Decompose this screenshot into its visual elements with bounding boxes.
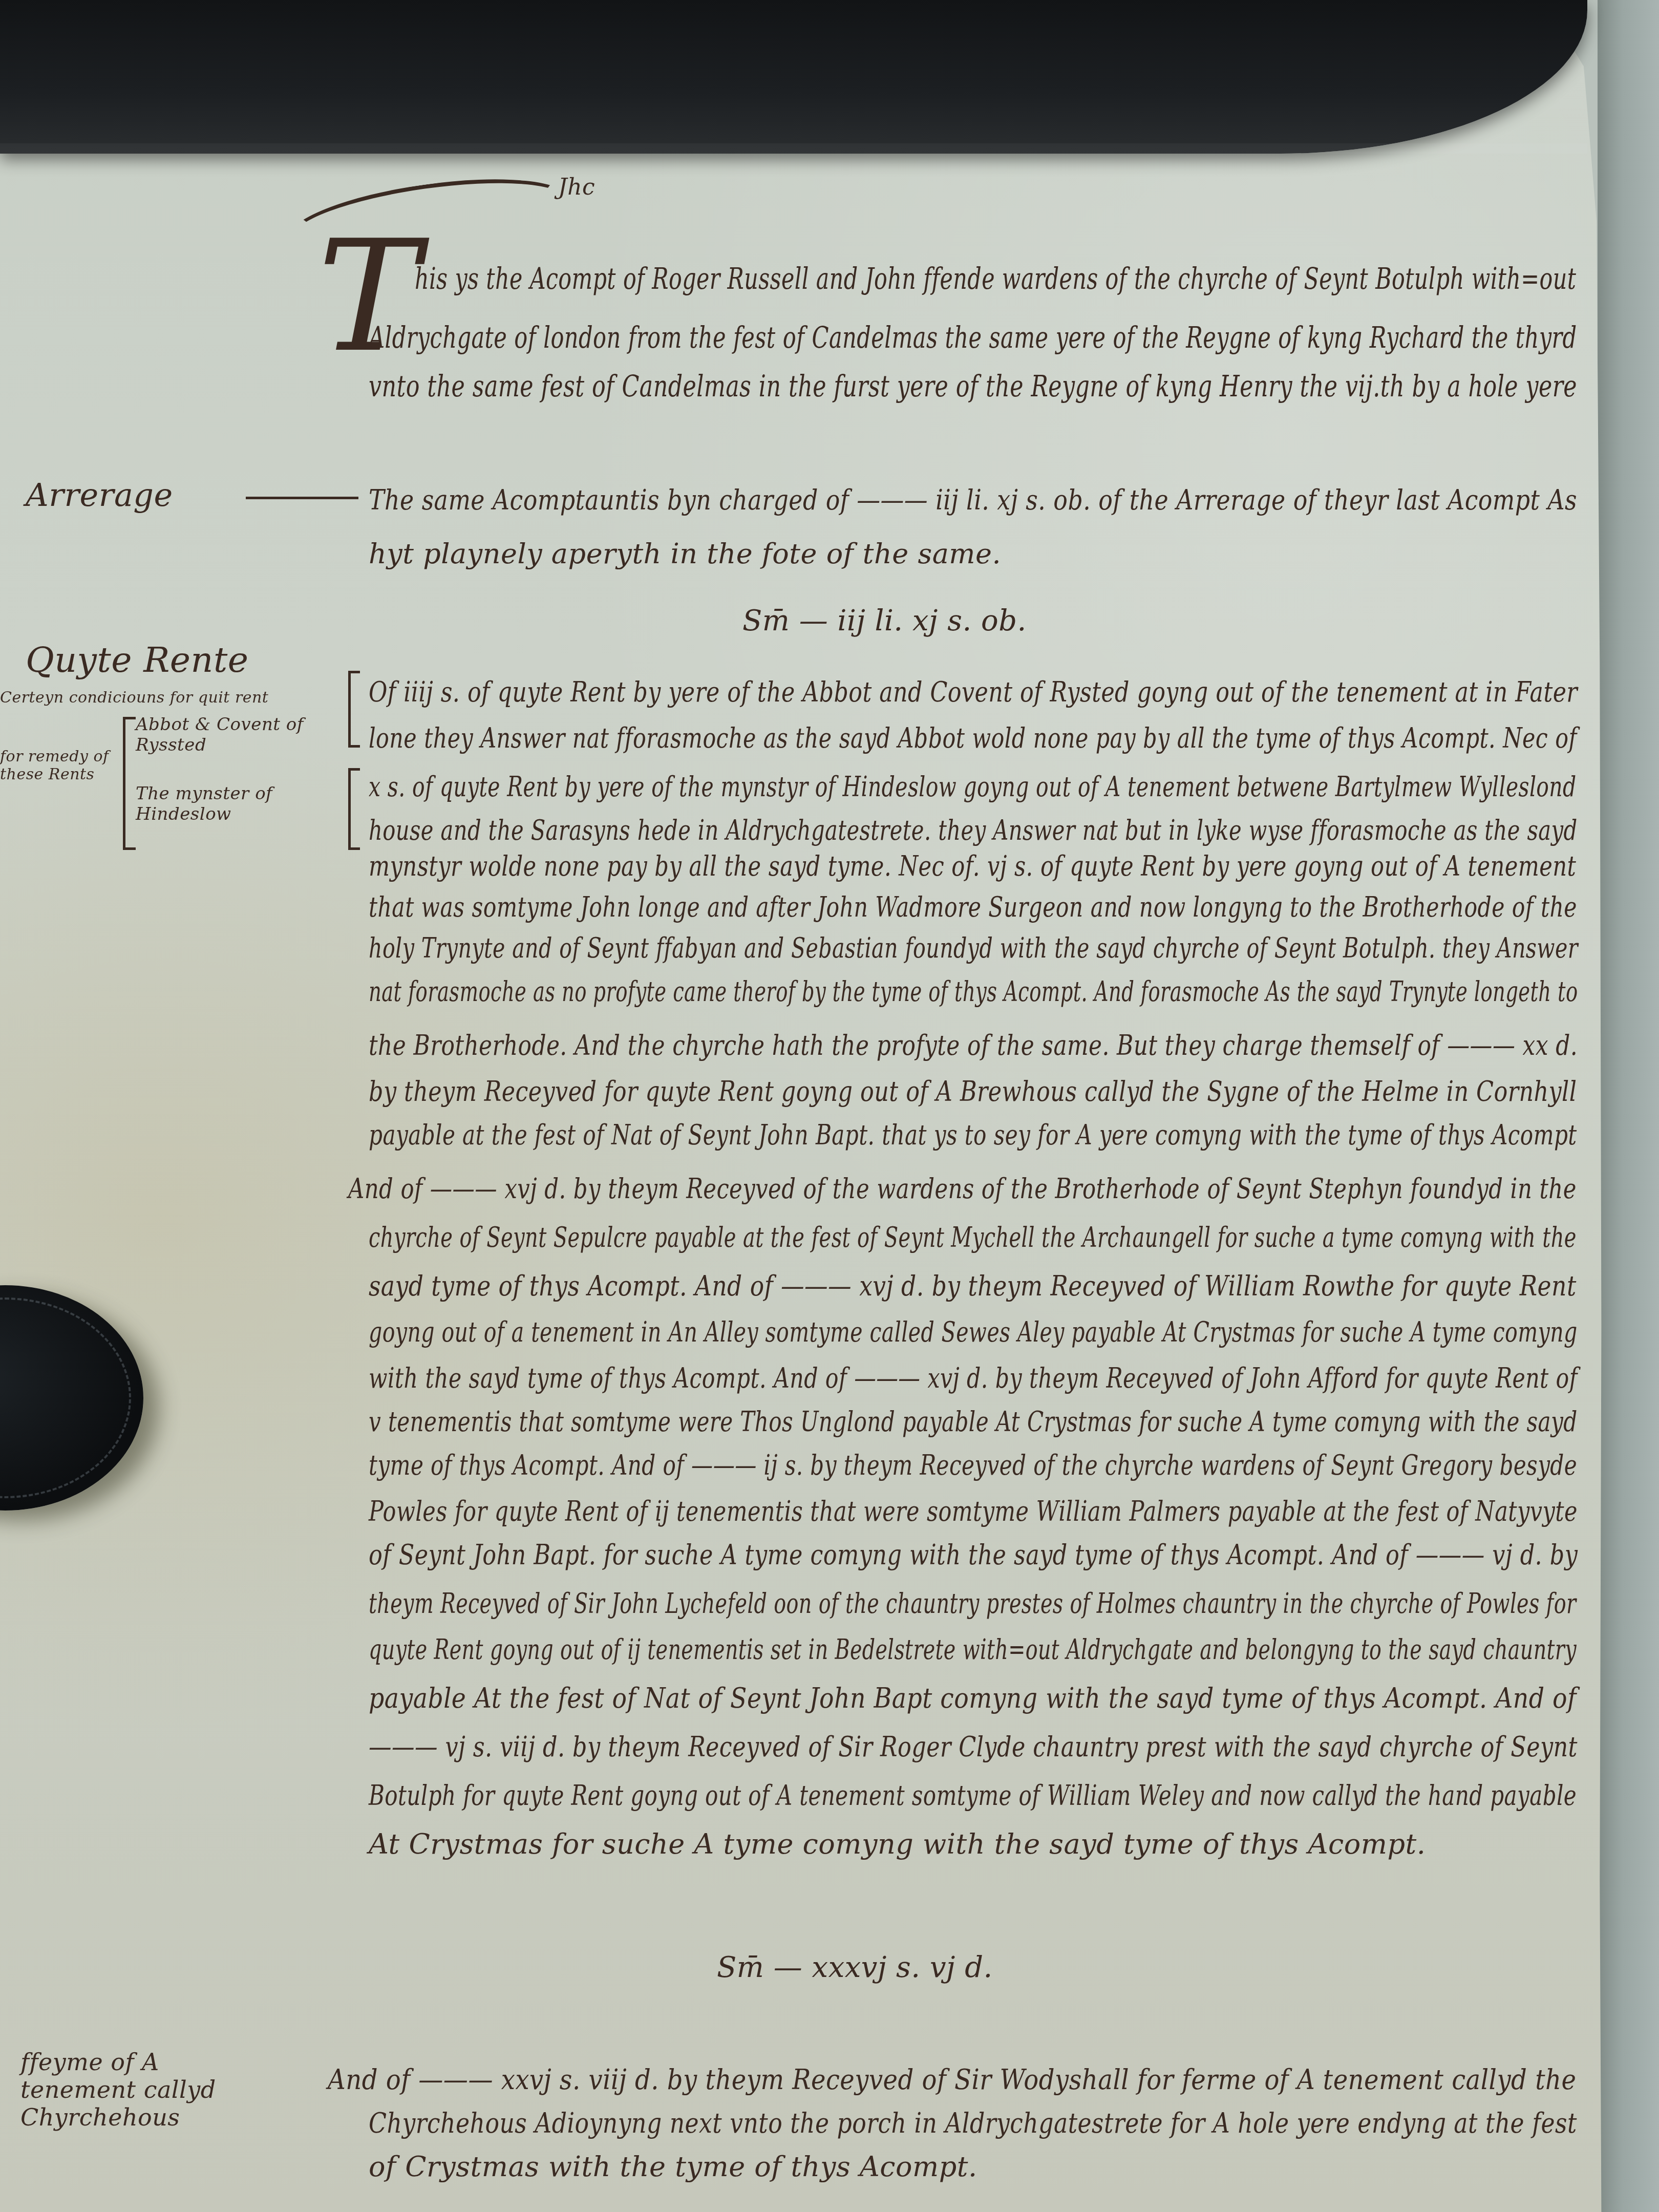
heading-line-3: vnto the same fest of Candelmas in the f… <box>369 369 1577 403</box>
heading-line-1: his ys the Acompt of Roger Russell and J… <box>415 261 1576 296</box>
margin-label-quyte-rente: Quyte Rente <box>26 640 248 680</box>
margin-note-remedy: for remedy of these Rents <box>0 748 118 783</box>
text-bracket <box>348 768 360 850</box>
text-line: And of ——— xxvj s. viij d. by theym Rece… <box>328 2064 1576 2096</box>
text-line: Botulph for quyte Rent goyng out of A te… <box>369 1779 1577 1812</box>
margin-sublabel: Certeyn condiciouns for quit rent <box>0 689 268 707</box>
text-line: x s. of quyte Rent by yere of the mynsty… <box>369 771 1577 803</box>
text-line: the Brotherhode. And the chyrche hath th… <box>369 1029 1578 1061</box>
section-total: Sm̄ — xxxvj s. vj d. <box>717 1951 993 1984</box>
margin-note-abbot: Abbot & Covent of Ryssted <box>136 714 320 755</box>
heading-line-2: Aldrychgate of london from the fest of C… <box>369 320 1577 355</box>
leather-binding <box>0 0 1587 154</box>
text-line: that was somtyme John longe and after Jo… <box>369 891 1577 923</box>
text-line: Of iiij s. of quyte Rent by yere of the … <box>369 676 1578 708</box>
paragraph-mark <box>246 497 358 499</box>
text-line: house and the Sarasyns hede in Aldrychga… <box>369 814 1577 846</box>
text-line: by theym Receyved for quyte Rent goyng o… <box>369 1075 1577 1108</box>
text-line: Powles for quyte Rent of ij tenementis t… <box>369 1495 1578 1527</box>
text-line: with the sayd tyme of thys Acompt. And o… <box>369 1362 1578 1394</box>
text-line: sayd tyme of thys Acompt. And of ——— xvj… <box>369 1270 1577 1302</box>
text-line: chyrche of Seynt Sepulcre payable at the… <box>369 1221 1577 1253</box>
text-line: of Seynt John Bapt. for suche A tyme com… <box>369 1539 1578 1571</box>
text-line: payable at the fest of Nat of Seynt John… <box>369 1119 1577 1151</box>
text-line: hyt playnely aperyth in the fote of the … <box>369 538 1001 570</box>
text-line: holy Trynyte and of Seynt ffabyan and Se… <box>369 932 1578 964</box>
text-line: The same Acomptauntis byn charged of ———… <box>369 484 1577 516</box>
text-line: And of ——— xvj d. by theym Receyved of t… <box>348 1173 1577 1205</box>
photo-backdrop <box>1598 0 1659 2212</box>
text-line: goyng out of a tenement in An Alley somt… <box>369 1316 1578 1348</box>
text-line: nat forasmoche as no profyte came therof… <box>369 975 1578 1008</box>
text-line: of Crystmas with the tyme of thys Acompt… <box>369 2151 977 2183</box>
text-line: lone they Answer nat fforasmoche as the … <box>369 722 1577 754</box>
text-line: ——— vj s. viij d. by theym Receyved of S… <box>369 1731 1578 1763</box>
text-line: tyme of thys Acompt. And of ——— ij s. by… <box>369 1449 1577 1481</box>
text-line: Chyrchehous Adioynyng next vnto the porc… <box>369 2107 1577 2139</box>
text-line: v tenementis that somtyme were Thos Ungl… <box>369 1406 1578 1438</box>
margin-label-arrerage: Arrerage <box>26 476 173 514</box>
text-line: quyte Rent goyng out of ij tenementis se… <box>369 1633 1577 1666</box>
margin-bracket <box>123 717 136 850</box>
text-bracket <box>348 671 360 748</box>
section-total: Sm̄ — iij li. xj s. ob. <box>742 604 1027 637</box>
text-line: payable At the fest of Nat of Seynt John… <box>369 1682 1577 1714</box>
text-line: mynstyr wolde none pay by all the sayd t… <box>369 850 1576 882</box>
margin-label-ferme: ffeyme of A tenement callyd Chyrchehous <box>20 2048 276 2131</box>
text-line: At Crystmas for suche A tyme comyng with… <box>369 1828 1426 1860</box>
margin-note-mynster: The mynster of Hindeslow <box>136 783 320 824</box>
text-line: theym Receyved of Sir John Lychefeld oon… <box>369 1587 1576 1620</box>
